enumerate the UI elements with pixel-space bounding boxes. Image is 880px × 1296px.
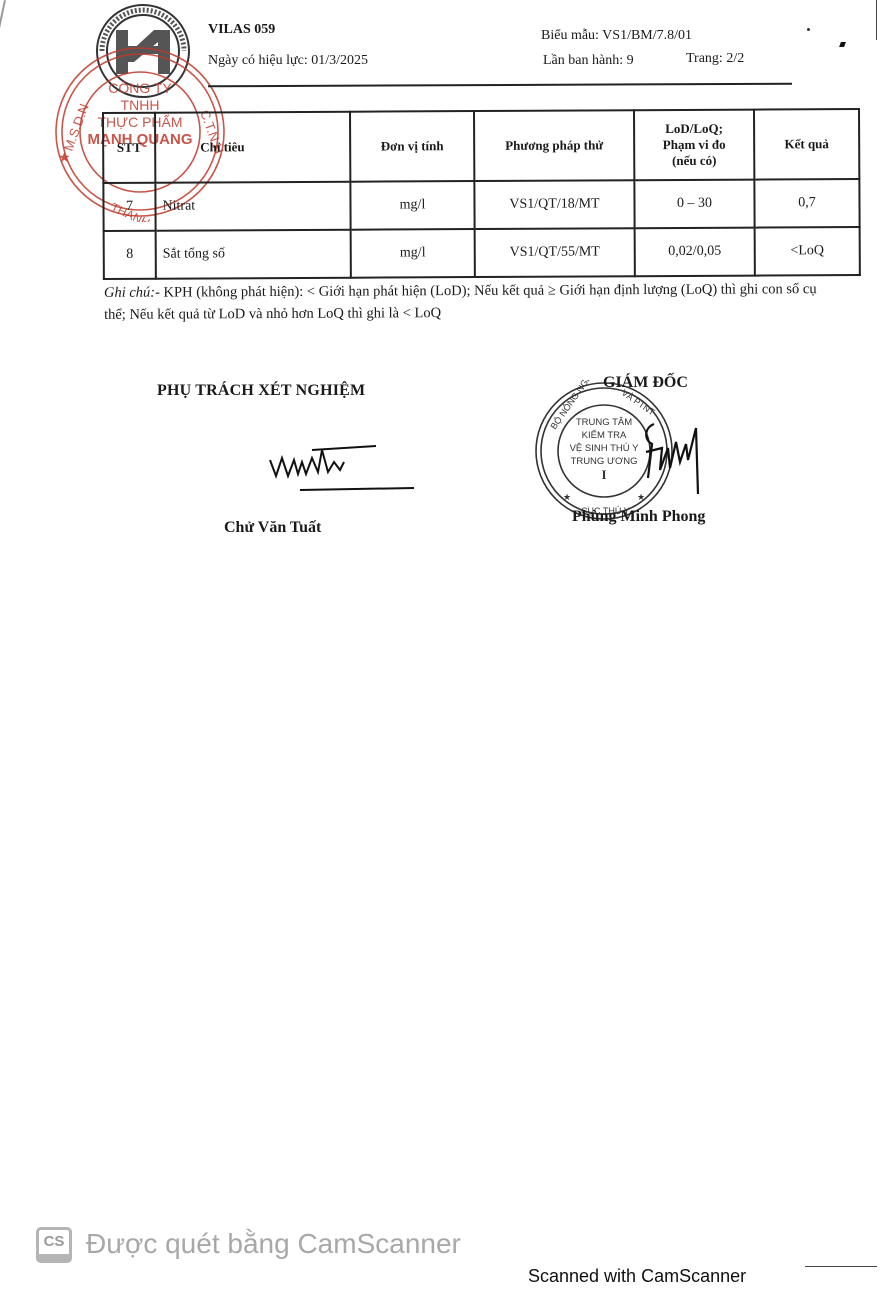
- director-name: Phùng Minh Phong: [572, 508, 705, 526]
- table-header-row: STT Chỉ tiêu Đơn vị tính Phương pháp thử…: [103, 109, 859, 183]
- note-text: Ghi chú:- KPH (không phát hiện): < Giới …: [104, 278, 824, 326]
- accreditation-code: VILAS 059: [208, 22, 275, 38]
- col-method: Phương pháp thử: [474, 110, 634, 181]
- scanned-with-label: Scanned with CamScanner: [528, 1266, 746, 1287]
- note-label: Ghi chú:: [104, 285, 155, 301]
- col-lod-line: (nếu có): [639, 153, 749, 170]
- page-number: Trang: 2/2: [686, 51, 744, 67]
- issue-number: Lần ban hành: 9: [543, 53, 634, 69]
- col-lod: LoD/LoQ; Phạm vi đo (nếu có): [634, 110, 754, 181]
- cell-result: 0,7: [754, 179, 859, 228]
- cell-method: VS1/QT/55/MT: [475, 228, 635, 277]
- cell-unit: mg/l: [350, 181, 474, 230]
- scan-speck: [807, 28, 810, 31]
- page-edge-shadow: [0, 0, 6, 69]
- effective-date: Ngày có hiệu lực: 01/3/2025: [208, 53, 368, 69]
- cell-result: <LoQ: [755, 227, 860, 276]
- scan-speck: [839, 42, 846, 47]
- signature-icon: [262, 438, 422, 494]
- cell-lod: 0 – 30: [634, 180, 754, 229]
- col-name: Chỉ tiêu: [155, 112, 350, 183]
- cell-stt: 7: [103, 183, 155, 231]
- col-result: Kết quả: [754, 109, 859, 180]
- table-row: 8 Sắt tổng số mg/l VS1/QT/55/MT 0,02/0,0…: [104, 227, 860, 279]
- svg-text:★: ★: [58, 149, 71, 165]
- seal-line: I: [556, 468, 652, 481]
- scan-edge-line: [805, 1266, 877, 1267]
- cell-lod: 0,02/0,05: [635, 228, 755, 277]
- seal-line: CÔNG TY: [80, 80, 200, 97]
- col-lod-line: LoD/LoQ;: [639, 121, 749, 138]
- official-seal-text: TRUNG TÂM KIỂM TRA VỆ SINH THÚ Y TRUNG Ư…: [556, 416, 652, 481]
- lab-head-title: PHỤ TRÁCH XÉT NGHIỆM: [157, 382, 365, 400]
- lab-head-name: Chử Văn Tuất: [224, 519, 321, 537]
- cell-method: VS1/QT/18/MT: [474, 180, 634, 229]
- cell-stt: 8: [104, 231, 156, 279]
- table-row: 7 Nitrat mg/l VS1/QT/18/MT 0 – 30 0,7: [103, 179, 859, 231]
- seal-line: KIỂM TRA: [556, 429, 652, 442]
- col-lod-line: Phạm vi đo: [639, 137, 749, 154]
- camscanner-logo-icon: CS: [36, 1227, 72, 1263]
- seal-line: VỆ SINH THÚ Y: [556, 442, 652, 455]
- cell-unit: mg/l: [351, 229, 475, 278]
- signature-icon: [640, 418, 710, 498]
- header-divider: [208, 83, 792, 88]
- results-table: STT Chỉ tiêu Đơn vị tính Phương pháp thử…: [102, 108, 861, 280]
- note-body: - KPH (không phát hiện): < Giới hạn phát…: [104, 281, 817, 323]
- cell-name: Nitrat: [155, 182, 350, 231]
- page-edge-shadow: [876, 0, 877, 40]
- camscanner-watermark: Được quét bằng CamScanner: [86, 1228, 461, 1260]
- form-code: Biểu mẫu: VS1/BM/7.8/01: [541, 28, 692, 44]
- svg-text:★: ★: [563, 492, 571, 502]
- col-unit: Đơn vị tính: [350, 111, 474, 182]
- cell-name: Sắt tổng số: [156, 230, 351, 279]
- director-title: GIÁM ĐỐC: [603, 374, 688, 392]
- col-stt: STT: [103, 113, 155, 183]
- seal-line: TRUNG TÂM: [556, 416, 652, 429]
